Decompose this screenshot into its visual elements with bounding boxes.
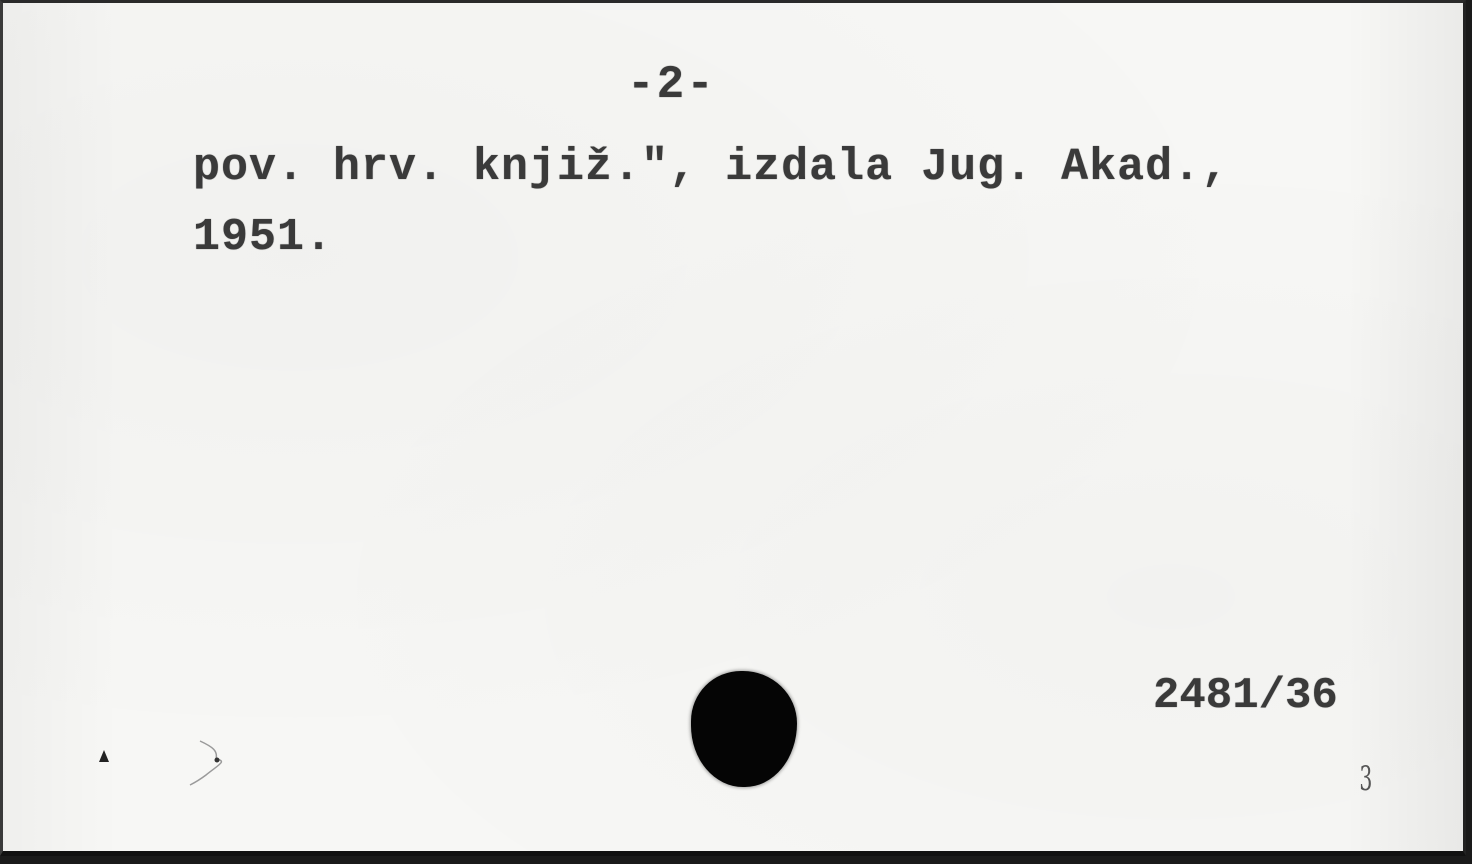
page-number: -2- [627, 59, 716, 111]
citation-line-1: pov. hrv. knjiž.", izdala Jug. Akad., [193, 145, 1229, 190]
triangle-mark-icon [99, 750, 109, 762]
handwritten-mark: 3 [1359, 759, 1372, 799]
punch-hole [691, 671, 797, 787]
citation-line-2: 1951. [193, 215, 333, 260]
call-number: 2481/36 [1153, 671, 1338, 721]
pencil-squiggle-icon [188, 733, 258, 788]
catalog-card: -2- pov. hrv. knjiž.", izdala Jug. Akad.… [0, 0, 1466, 856]
